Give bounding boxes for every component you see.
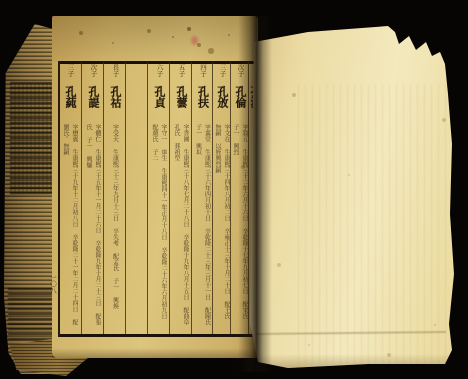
son-rank-label: 四子 <box>199 62 206 86</box>
person-name: 孔諟 <box>87 86 99 120</box>
person-name: 孔攽 <box>216 86 228 120</box>
genealogy-column: 長子 孔祜 字受天 生康熙三十三年九月十三日 卒失考 配孟氏 子一 興煥 <box>103 62 126 334</box>
person-name: 孔蒓 <box>64 86 76 120</box>
edge-ink-marks-lower <box>8 288 56 342</box>
foxing-spots-left <box>52 16 54 18</box>
entry-detail-text: 字翼堂 生康熙三十六年四月初十日 卒乾隆二十三年三月十一日 配陳氏 子一 興垣 <box>194 124 212 328</box>
son-rank-label: 六子 <box>156 62 163 86</box>
person-name: 孔祜 <box>109 86 121 120</box>
entry-detail-text: 字受天 生康熙三十三年九月十三日 卒失考 配孟氏 子一 興煥 <box>111 124 120 328</box>
person-name: 孔蕓 <box>175 86 187 120</box>
genealogy-column: 六子 孔貞 字守一 庠生 生康熙四十一年正月十八日 卒乾隆二十六年六月初九日 配… <box>147 62 170 334</box>
right-page-blank <box>248 24 456 368</box>
person-name: 孔貞 <box>153 86 165 120</box>
genealogy-column-empty <box>125 62 148 334</box>
son-rank-label: 五子 <box>178 62 185 86</box>
genealogy-column: 四子 孔扶 字翼堂 生康熙三十六年四月初十日 卒乾隆二十三年三月十一日 配陳氏 … <box>191 62 213 334</box>
entry-detail-text: 字香圃 生康熙三十八年七月二十八日 卒乾隆十九年八月十五日 配曲阜孔氏 葬祖塋 <box>172 124 190 328</box>
son-rank-label: 次子 <box>90 62 97 86</box>
genealogy-column: 三子 孔蒓 字懋賓 生康熙三十九年十二月初八日 卒乾隆二十一年二月二十四日 配劉… <box>59 62 81 334</box>
entry-detail-text: 字體仁 生康熙三十五年十一月二十六日 卒乾隆九年十月二十三日 配張氏 子一 興燫 <box>84 124 102 328</box>
text-show-through <box>298 84 448 364</box>
genealogy-column: 五子 孔蕓 字香圃 生康熙三十八年七月二十八日 卒乾隆十九年八月十五日 配曲阜孔… <box>169 62 192 334</box>
entry-detail-text: 字懋賓 生康熙三十九年十二月初八日 卒乾隆二十一年二月二十四日 配劉氏 無嗣 <box>61 124 79 328</box>
person-name: 孔扶 <box>197 86 209 120</box>
son-rank-label: 長子 <box>112 62 119 86</box>
genealogy-column: 三子 孔攽 字文在 生康熙三十四年八月初二日 卒雍正十三年十月二十日 配王氏 無… <box>212 62 231 334</box>
red-smudge-stain <box>191 36 198 45</box>
book-gutter-shadow <box>238 16 272 372</box>
folio-page-number: 一〇八 <box>49 274 56 294</box>
genealogy-columns: 三子 孔蒓 字懋賓 生康熙三十九年十二月初八日 卒乾隆二十一年二月二十四日 配劉… <box>52 62 258 334</box>
son-rank-label: 三子 <box>67 62 74 86</box>
genealogy-column: 次子 孔諟 字體仁 生康熙三十五年十一月二十六日 卒乾隆九年十月二十三日 配張氏… <box>81 62 104 334</box>
print-frame-bottom-rule <box>59 334 258 337</box>
photo-open-genealogy-book: 三子 孔蒓 字懋賓 生康熙三十九年十二月初八日 卒乾隆二十一年二月二十四日 配劉… <box>0 0 468 379</box>
edge-ink-marks-upper <box>10 82 52 194</box>
entry-detail-text: 字守一 庠生 生康熙四十一年正月十八日 卒乾隆二十六年六月初九日 配顏氏 子二 <box>150 124 168 328</box>
left-page: 三子 孔蒓 字懋賓 生康熙三十九年十二月初八日 卒乾隆二十一年二月二十四日 配劉… <box>52 16 258 358</box>
entry-detail-text: 字文在 生康熙三十四年八月初二日 卒雍正十三年十月二十日 配王氏 無嗣 以姪興烈… <box>213 124 231 328</box>
son-rank-label: 三子 <box>219 62 226 86</box>
